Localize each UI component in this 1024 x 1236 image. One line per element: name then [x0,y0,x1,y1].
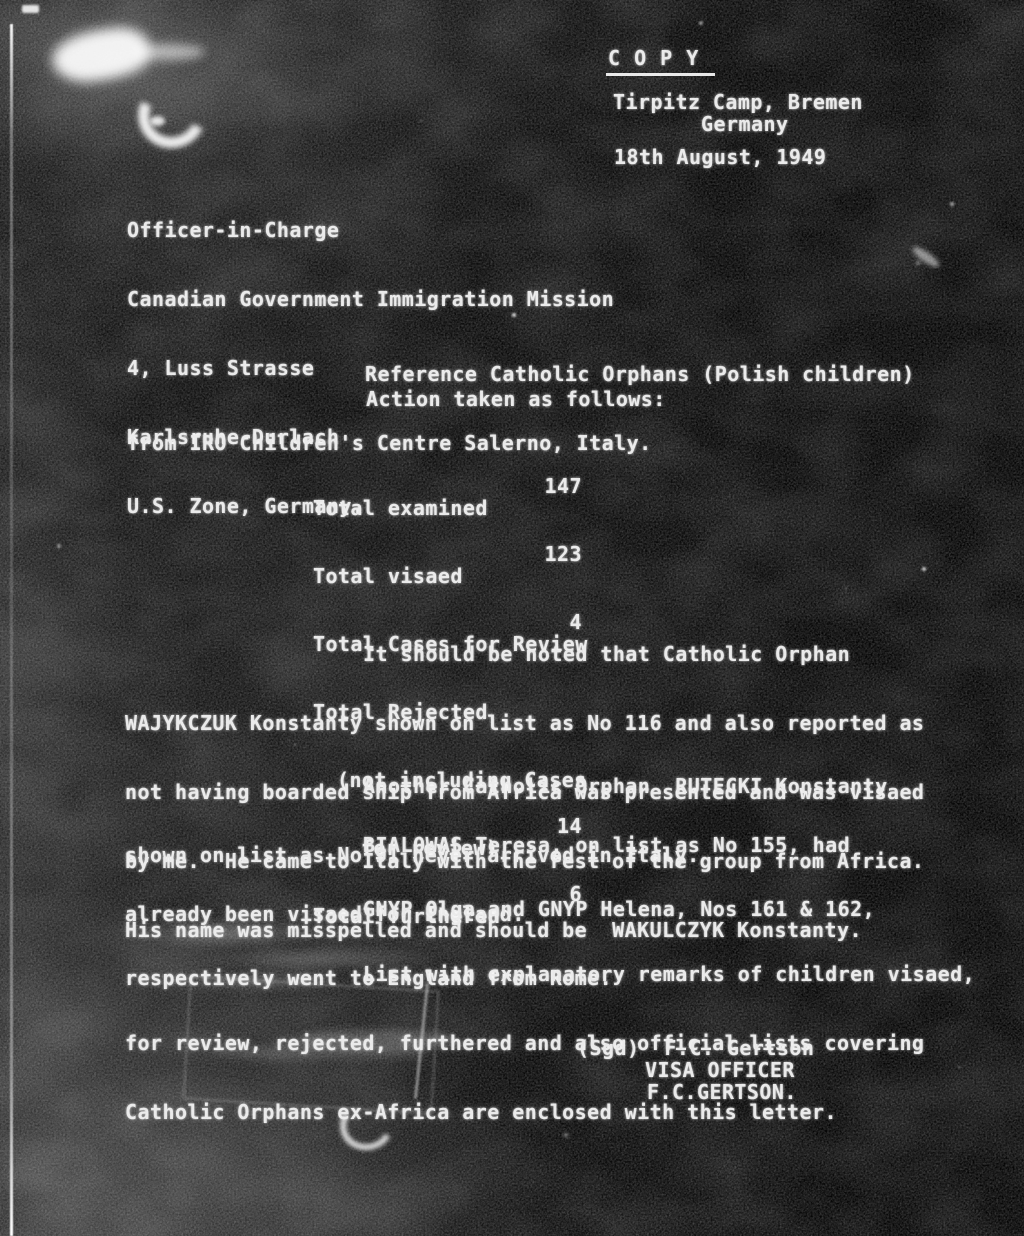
scan-speckles [0,0,2,2]
paragraph-line: List with explanatory remarks of childre… [125,963,965,986]
scan-artifact-dot [150,116,165,126]
letterhead-date: 18th August, 1949 [614,146,826,169]
action-heading: Action taken as follows: [366,388,666,411]
totals-label: Total examined [313,496,488,520]
signature-signed-line: (Sgd) F.C. Gertson [577,1037,814,1060]
totals-value: 123 [545,543,582,565]
letterhead-location-line1: Tirpitz Camp, Bremen [613,91,863,114]
signature-title-line: VISA OFFICER [645,1059,795,1082]
scanned-letter-page: C O P Y Tirpitz Camp, Bremen Germany 18t… [0,0,1024,1236]
totals-row: Total examined 147 [238,475,582,497]
address-line: Canadian Government Immigration Mission [127,288,614,311]
paragraph-line: It should be noted that Catholic Orphan [125,643,965,666]
paragraph-line: for review, rejected, furthered and also… [125,1032,965,1055]
reference-line: Reference Catholic Orphans (Polish child… [127,363,967,386]
totals-label: Total visaed [313,564,463,588]
totals-row: Total visaed 123 [238,543,582,565]
signature-name-line: F.C.GERTSON. [647,1081,797,1104]
letterhead-location-line2: Germany [701,113,788,136]
scan-artifact-streak [910,244,942,271]
totals-value: 147 [545,475,582,497]
scan-artifact-smear [133,44,205,60]
paragraph-line: Catholic Orphans ex-Africa are enclosed … [125,1101,965,1124]
address-line: Officer-in-Charge [127,219,614,242]
paragraph-enclosures: List with explanatory remarks of childre… [125,917,965,1170]
scan-artifact-hook [129,72,215,157]
scan-edge-line [10,24,13,1236]
scan-corner-mark [22,5,39,13]
copy-heading: C O P Y [606,47,715,76]
